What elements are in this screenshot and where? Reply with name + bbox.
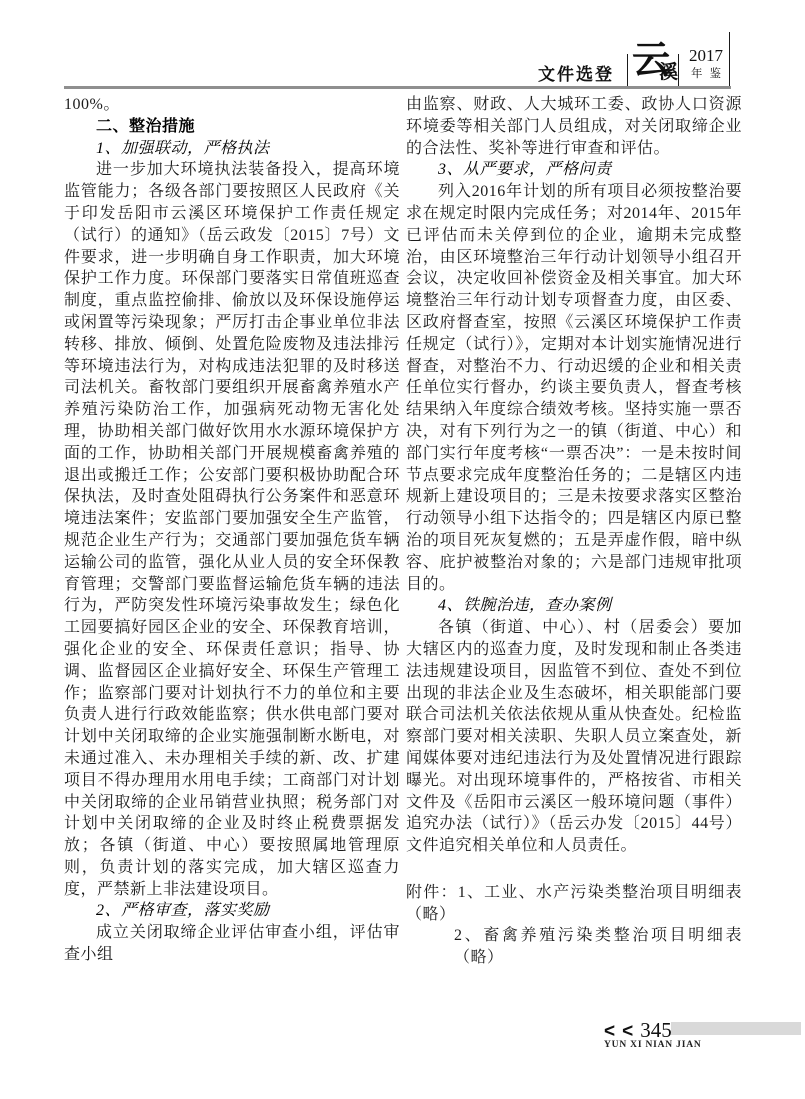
paragraph-4: 各镇（街道、中心）、村（居委会）要加大辖区内的巡查力度，及时发现和制止各类违法违… [406,617,742,857]
logo-char-small: 溪 [659,63,678,82]
subheading-1: 1、加强联动，严格执法 [64,138,400,160]
section-title: 文件选登 [538,60,614,85]
section-heading: 二、整治措施 [64,116,400,138]
right-column: 由监察、财政、人大城环工委、政协人口资源环境委等相关部门人员组成，对关闭取缔企业… [406,94,742,969]
header-divider-3 [729,32,730,87]
footer-pinyin: YUN XI NIAN JIAN [604,1040,702,1050]
paragraph-2-start: 成立关闭取缔企业评估审查小组，评估审查小组 [64,922,400,966]
subheading-2: 2、严格审查，落实奖励 [64,900,400,922]
footer-decor-bar [671,1022,801,1035]
page-chevron-icon: < [604,1021,615,1042]
subheading-3: 3、从严要求，严格问责 [406,159,742,181]
yearbook-page: 文件选登 云 溪 2017 年鉴 100%。 二、整治措施 1、加强联动，严格执… [0,0,805,1099]
attachments-block: 附件：1、工业、水产污染类整治项目明细表（略） 2、畜禽养殖污染类整治项目明细表… [406,882,742,969]
header-divider-2 [678,54,679,87]
paragraph-1: 进一步加大环境执法装备投入，提高环境监管能力；各级各部门要按照区人民政府《关于印… [64,159,400,900]
page-chevron-icon: < [622,1021,633,1042]
subheading-4: 4、铁腕治违，查办案例 [406,595,742,617]
paragraph-intro-end: 100%。 [64,94,400,116]
page-number: 345 [640,1018,672,1042]
paragraph-3: 列入2016年计划的所有项目必须按整治要求在规定时限内完成任务；对2014年、2… [406,181,742,595]
header-divider-1 [627,54,628,87]
attachment-line-2: 2、畜禽养殖污染类整治项目明细表（略） [406,925,742,969]
header-rule [64,86,731,89]
attachment-line-1: 附件：1、工业、水产污染类整治项目明细表（略） [406,882,742,926]
year-number: 2017 [684,46,728,66]
year-box: 2017 年鉴 [684,46,728,82]
paragraph-2-continued: 由监察、财政、人大城环工委、政协人口资源环境委等相关部门人员组成，对关闭取缔企业… [406,94,742,159]
left-column: 100%。 二、整治措施 1、加强联动，严格执法 进一步加大环境执法装备投入，提… [64,94,400,966]
year-label: 年鉴 [684,66,728,82]
